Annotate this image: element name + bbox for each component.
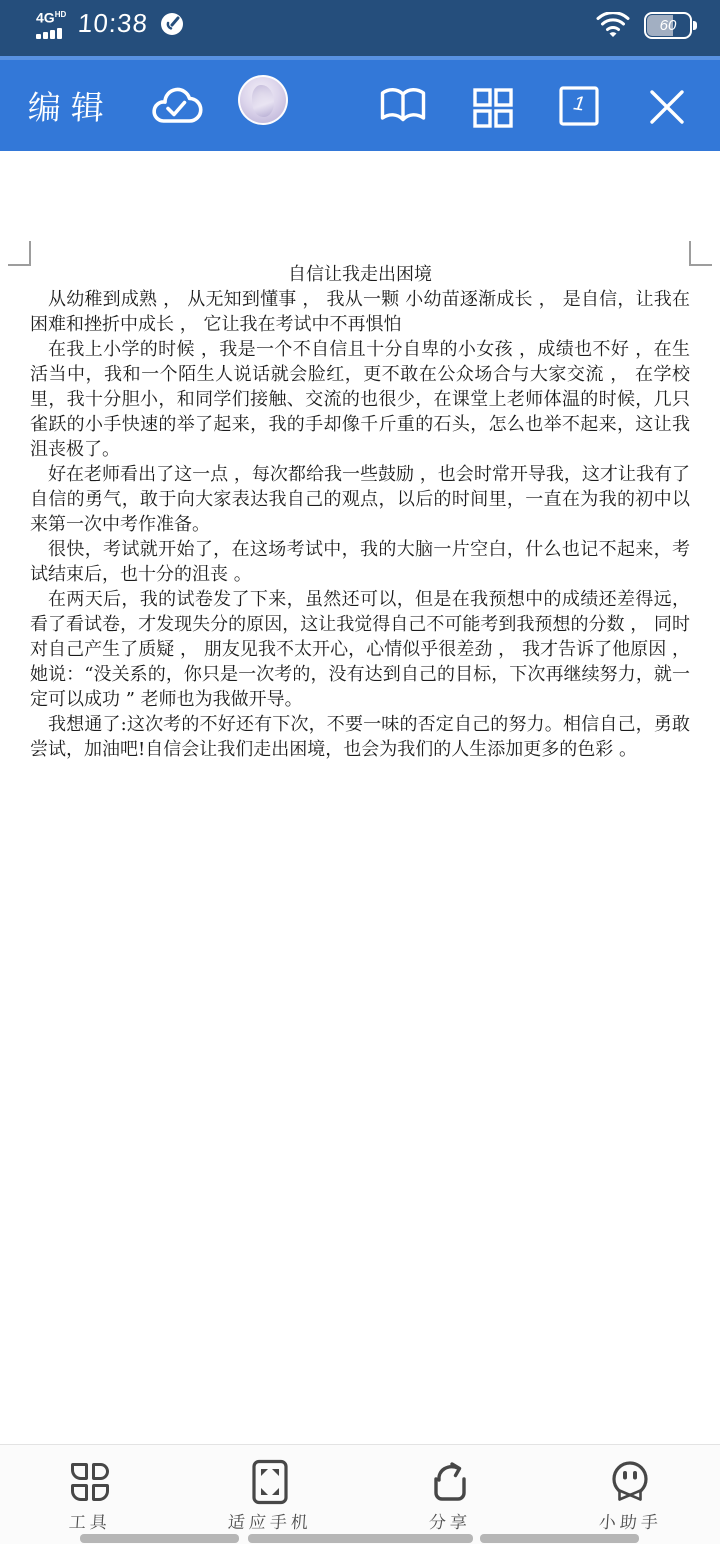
assistant-button[interactable]: 小助手 — [540, 1445, 720, 1544]
status-bar: 4GHD 10:38 60 — [0, 0, 720, 56]
page-margin-mark-left — [8, 241, 31, 266]
bottom-toolbar: 工具 适应手机 分享 — [0, 1444, 720, 1544]
user-avatar[interactable] — [238, 75, 288, 125]
fit-phone-label: 适应手机 — [227, 1508, 313, 1533]
tools-button[interactable]: 工具 — [0, 1445, 180, 1544]
close-icon[interactable] — [648, 88, 686, 126]
tools-label: 工具 — [68, 1508, 112, 1533]
fit-phone-button[interactable]: 适应手机 — [180, 1445, 360, 1544]
edit-button[interactable]: 编辑 — [27, 82, 115, 129]
top-toolbar: 编辑 1 — [0, 60, 720, 151]
paragraph: 在两天后，我的试卷发了下来，虽然还可以，但是在我预想中的成绩还差得远，看了看试卷… — [30, 587, 690, 712]
clock-time: 10:38 — [77, 8, 149, 39]
document-page[interactable]: 自信让我走出困境 从幼稚到成熟 ， 从无知到懂事 ， 我从一颗 小幼苗逐渐成长 … — [0, 151, 720, 1444]
paragraph: 从幼稚到成熟 ， 从无知到懂事 ， 我从一颗 小幼苗逐渐成长 ， 是自信，让我在… — [30, 287, 690, 337]
network-type-label: 4G — [36, 10, 55, 26]
page-number-button[interactable]: 1 — [559, 86, 599, 126]
fit-phone-icon — [251, 1459, 289, 1505]
paragraph: 很快，考试就开始了，在这场考试中，我的大脑一片空白，什么也记不起来，考试结束后，… — [30, 537, 690, 587]
wifi-icon — [596, 12, 630, 39]
network-badge-label: HD — [55, 10, 67, 19]
cloud-sync-check-icon[interactable] — [149, 86, 203, 128]
view-grid-icon[interactable] — [473, 88, 513, 128]
cellular-signal-icon: 4GHD — [36, 8, 66, 39]
assistant-label: 小助手 — [598, 1508, 663, 1533]
share-button[interactable]: 分享 — [360, 1445, 540, 1544]
tools-icon — [71, 1463, 109, 1501]
page-margin-mark-right — [689, 241, 712, 266]
assistant-face-icon — [607, 1459, 653, 1505]
bottom-scroll-segment[interactable] — [80, 1534, 239, 1543]
signal-bars-icon — [36, 28, 62, 39]
document-body: 自信让我走出困境 从幼稚到成熟 ， 从无知到懂事 ， 我从一颗 小幼苗逐渐成长 … — [30, 262, 690, 762]
share-label: 分享 — [428, 1508, 472, 1533]
read-mode-book-icon[interactable] — [379, 87, 427, 125]
paragraph: 在我上小学的时候 ，我是一个不自信且十分自卑的小女孩 ，成绩也不好 ，在生活当中… — [30, 337, 690, 462]
paragraph: 我想通了:这次考的不好还有下次，不要一味的否定自己的努力。相信自己，勇敢尝试，加… — [30, 712, 690, 762]
paragraph: 好在老师看出了这一点 ，每次都给我一些鼓励 ，也会时常开导我，这才让我有了自信的… — [30, 462, 690, 537]
battery-percent-label: 60 — [646, 15, 690, 36]
data-saver-gauge-icon — [160, 12, 184, 36]
battery-icon: 60 — [644, 12, 692, 39]
document-title: 自信让我走出困境 — [30, 262, 690, 287]
bottom-scroll-segment[interactable] — [480, 1534, 639, 1543]
bottom-scroll-segment[interactable] — [248, 1534, 473, 1543]
share-icon — [428, 1461, 472, 1503]
